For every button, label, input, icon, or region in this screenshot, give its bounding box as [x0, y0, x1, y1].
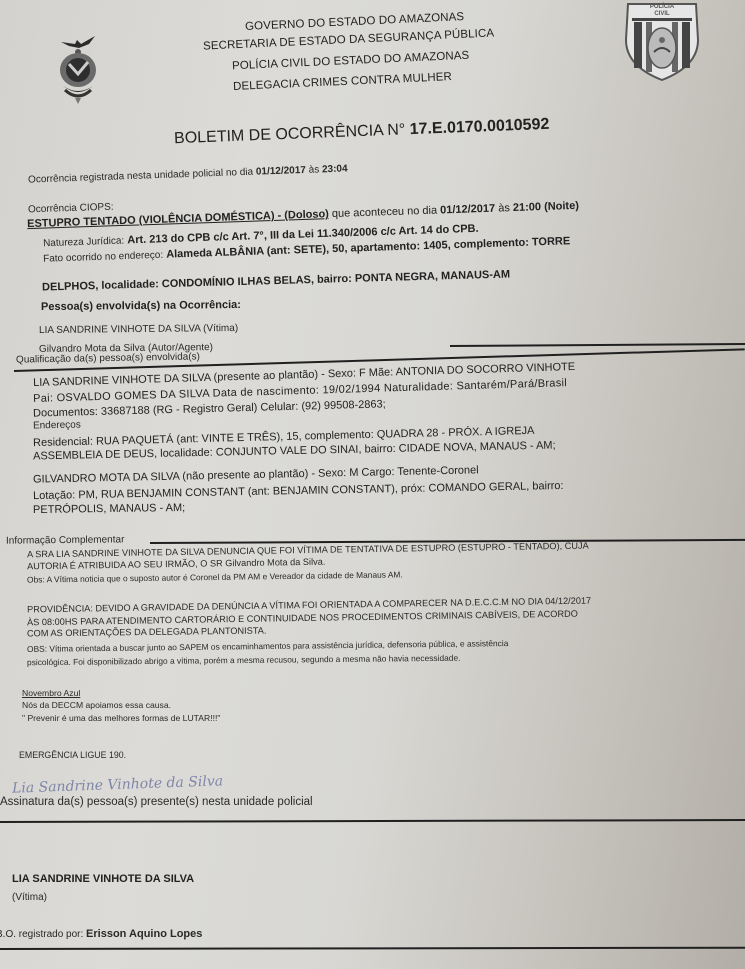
- occurrence-date: 01/12/2017: [440, 203, 495, 217]
- report-number: 17.E.0170.0010592: [409, 116, 549, 138]
- registered-by: B.O. registrado por: Erisson Aquino Lope…: [0, 928, 202, 940]
- occurrence-time: 21:00 (Noite): [513, 200, 579, 214]
- report-title-prefix: BOLETIM DE OCORRÊNCIA N°: [174, 121, 406, 147]
- providence-obs-1: OBS: Vítima orientada a buscar junto ao …: [27, 638, 508, 654]
- campaign-title: Novembro Azul: [22, 688, 80, 698]
- registration-label: Ocorrência registrada nesta unidade poli…: [28, 167, 253, 186]
- happened-label: que aconteceu no dia: [332, 205, 438, 220]
- complement-obs: Obs: A Vítima noticia que o suposto auto…: [27, 569, 403, 584]
- registration-time: 23:04: [322, 163, 348, 175]
- divider: [450, 343, 745, 347]
- svg-text:POLÍCIA: POLÍCIA: [650, 2, 675, 10]
- address-line-2: DELPHOS, localidade: CONDOMÍNIO ILHAS BE…: [42, 268, 510, 293]
- header-delegacia: DELEGACIA CRIMES CONTRA MULHER: [233, 71, 452, 93]
- signer-role: (Vítima): [12, 892, 47, 903]
- signature-divider: [0, 819, 745, 823]
- amazonas-coat-of-arms-icon: [55, 34, 101, 106]
- author-line-3: PETRÓPOLIS, MANAUS - AM;: [33, 502, 185, 516]
- qualification-heading: Qualificação da(s) pessoa(s) envolvida(s…: [16, 351, 200, 365]
- signer-name: LIA SANDRINE VINHOTE DA SILVA: [12, 873, 194, 885]
- registered-by-name: Erisson Aquino Lopes: [86, 928, 202, 940]
- providence-line-3: COM AS ORIENTAÇÕES DA DELEGADA PLANTONIS…: [27, 626, 267, 639]
- emergency-notice: EMERGÊNCIA LIGUE 190.: [19, 750, 126, 760]
- involved-person-victim: LIA SANDRINE VINHOTE DA SILVA (Vítima): [39, 323, 238, 336]
- report-title: BOLETIM DE OCORRÊNCIA N° 17.E.0170.00105…: [174, 116, 550, 148]
- header-civil-police: POLÍCIA CIVIL DO ESTADO DO AMAZONAS: [232, 50, 470, 73]
- campaign-line-2: " Prevenir é uma das melhores formas de …: [22, 713, 220, 723]
- policia-civil-badge-icon: POLÍCIA CIVIL: [622, 0, 702, 82]
- victim-line-4: Endereços: [33, 419, 81, 431]
- occurrence-at: às: [498, 202, 510, 214]
- complement-line-2: AUTORIA É ATRIBUIDA AO SEU IRMÃO, O SR G…: [27, 557, 325, 572]
- campaign-line-1: Nós da DECCM apoiamos essa causa.: [22, 700, 171, 710]
- ciops-label: Ocorrência CIOPS:: [28, 202, 114, 216]
- registration-at: às: [309, 164, 320, 175]
- footer-divider: [0, 947, 745, 950]
- police-report-document: POLÍCIA CIVIL GOVERNO DO ESTADO DO AMAZO…: [0, 0, 745, 969]
- registered-by-label: B.O. registrado por:: [0, 929, 83, 940]
- registration-date: 01/12/2017: [256, 165, 306, 178]
- signature-label: Assinatura da(s) pessoa(s) presente(s) n…: [0, 796, 313, 808]
- providence-obs-2: psicológica. Foi disponibilizado abrigo …: [27, 653, 461, 668]
- registration-line: Ocorrência registrada nesta unidade poli…: [28, 163, 348, 185]
- complement-heading: Informação Complementar: [6, 534, 124, 546]
- handwritten-signature: Lia Sandrine Vinhote da Silva: [12, 773, 224, 796]
- involved-heading: Pessoa(s) envolvida(s) na Ocorrência:: [41, 299, 241, 313]
- address-label: Fato ocorrido no endereço:: [43, 250, 163, 265]
- svg-text:CIVIL: CIVIL: [654, 11, 670, 17]
- legal-nature-label: Natureza Jurídica:: [43, 236, 124, 250]
